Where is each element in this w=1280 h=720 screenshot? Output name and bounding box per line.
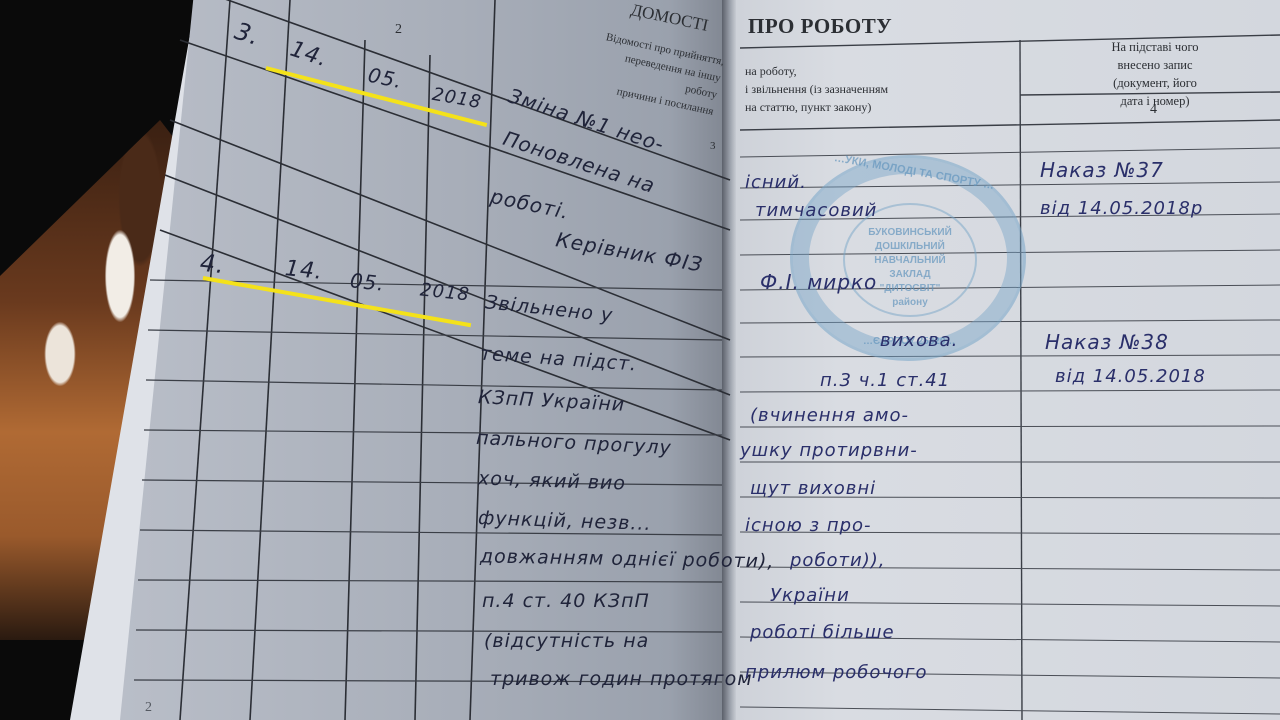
column-2-number: 2 [395,22,402,38]
page-number: 2 [145,700,152,716]
entry-4-continuation: існою з про- [745,515,872,536]
entry-4-continuation: України [770,585,850,606]
entry-4-continuation: роботі більше [750,622,895,643]
stamp-inner-text: БУКОВИНСЬКИЙ ДОШКІЛЬНИЙ НАВЧАЛЬНИЙ ЗАКЛА… [855,226,965,310]
entry-3-basis: від 14.05.2018р [1040,198,1203,219]
entry-4-continuation: п.3 ч.1 ст.41 [820,370,950,391]
entry-4-continuation: роботи)), [790,550,886,571]
entry-4-continuation: вихова. [880,330,958,351]
entry-4-text-line: тривож годин протягом [490,668,753,690]
entry-4-number: 4. [199,249,227,279]
caption-line: внесено запис [1090,56,1220,74]
entry-4-text-line: (відсутність на [484,630,649,652]
entry-4-continuation: прилюм робочого [745,662,928,683]
entry-3-signature: Ф.І. мирко [760,270,877,294]
caption-line: (документ, його [1090,74,1220,92]
stamp-line: ДОШКІЛЬНИЙ [855,240,965,254]
entry-4-month: 05. [349,268,386,296]
stamp-line: БУКОВИНСЬКИЙ [855,226,965,240]
entry-4-continuation: щут виховні [750,478,876,499]
entry-3-basis: Наказ №37 [1040,158,1164,182]
entry-4-continuation: ушку протирвни- [740,440,918,461]
caption-line: На підставі чого [1090,38,1220,56]
entry-4-continuation: (вчинення амо- [750,405,909,426]
column-4-caption: На підставі чого внесено запис (документ… [1090,38,1220,110]
entry-4-text-line: п.4 ст. 40 КЗпП [482,590,650,612]
caption-line: і звільнення (із зазначенням [745,80,888,98]
entry-4-basis: від 14.05.2018 [1055,366,1206,387]
column-4-number: 4 [1150,102,1157,118]
caption-line: на роботу, [745,62,888,80]
entry-3-continuation: існий. [745,172,807,193]
entry-4-basis: Наказ №38 [1045,330,1169,354]
entry-3-continuation: тимчасовий [755,200,877,221]
stamp-line: району [855,296,965,310]
ruled-lines [0,0,1280,720]
column-3-number: 3 [710,140,716,152]
caption-line: на статтю, пункт закону) [745,98,888,116]
right-header-title: ПРО РОБОТУ [748,14,892,39]
column-caption: на роботу, і звільнення (із зазначенням … [745,62,888,116]
entry-4-day: 14. [284,256,324,285]
